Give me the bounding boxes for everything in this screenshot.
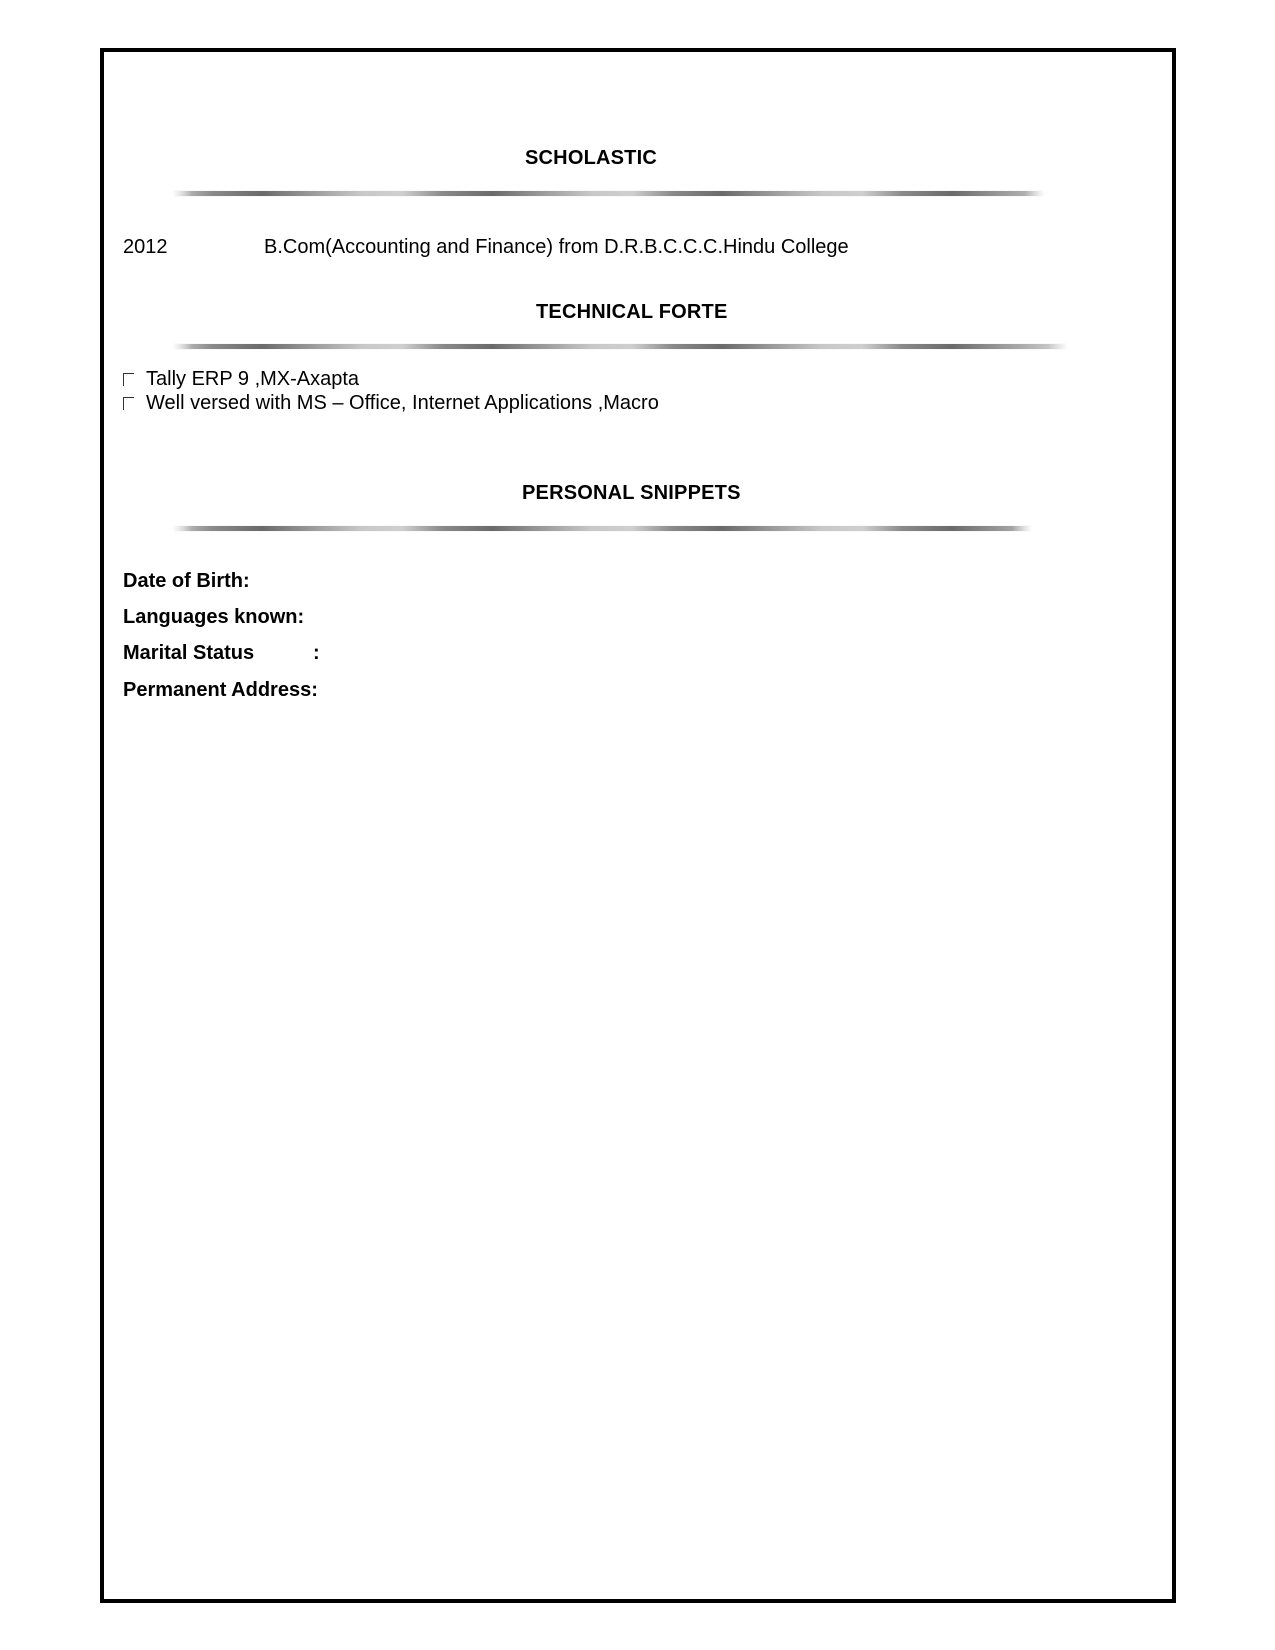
section-divider	[172, 526, 1032, 531]
field-marital-status: Marital Status	[123, 642, 254, 665]
page-border	[100, 48, 1176, 1603]
education-detail: B.Com(Accounting and Finance) from D.R.B…	[264, 236, 849, 259]
bullet-icon	[123, 373, 134, 386]
skill-text: Tally ERP 9 ,MX-Axapta	[146, 368, 359, 390]
section-title-technical-forte: TECHNICAL FORTE	[536, 301, 728, 324]
field-marital-status-separator: :	[313, 642, 320, 665]
skill-bullet: Tally ERP 9 ,MX-Axapta	[123, 368, 359, 391]
section-divider	[172, 191, 1045, 196]
section-title-personal-snippets: PERSONAL SNIPPETS	[522, 482, 741, 505]
section-title-scholastic: SCHOLASTIC	[525, 147, 657, 170]
section-divider	[172, 344, 1068, 349]
skill-bullet: Well versed with MS – Office, Internet A…	[123, 392, 659, 415]
bullet-icon	[123, 397, 134, 410]
field-permanent-address: Permanent Address:	[123, 679, 318, 702]
field-languages-known: Languages known:	[123, 606, 304, 629]
skill-text: Well versed with MS – Office, Internet A…	[146, 392, 659, 414]
field-date-of-birth: Date of Birth:	[123, 570, 250, 593]
education-year: 2012	[123, 236, 168, 259]
